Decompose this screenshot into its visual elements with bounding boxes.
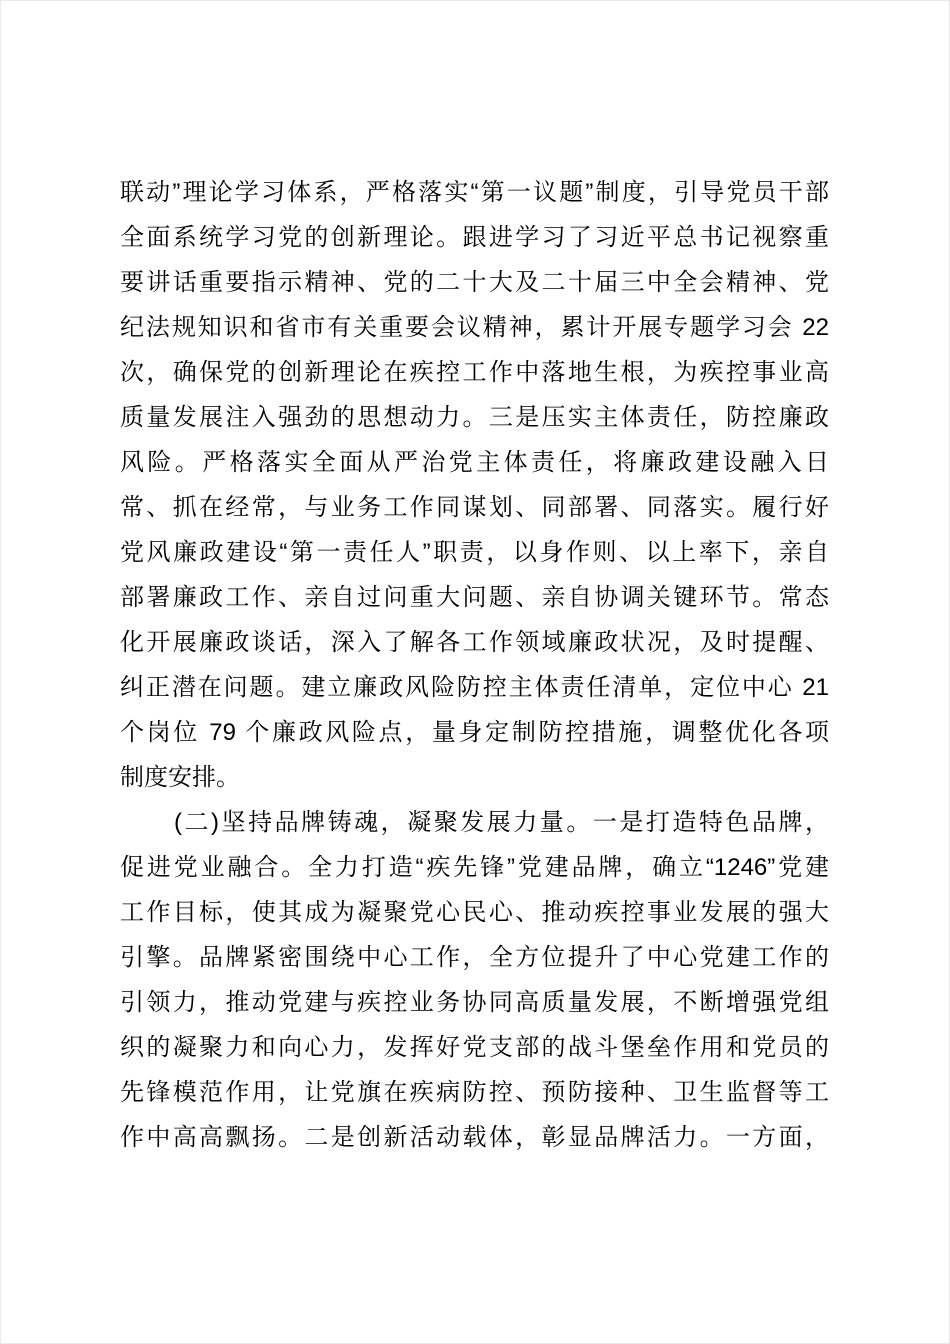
text-line: 常、抓在经常，与业务工作同谋划、同部署、同落实。履行好 <box>120 485 829 530</box>
text-line: 党风廉政建设“第一责任人”职责，以身作则、以上率下，亲自 <box>120 530 829 575</box>
text-line: 风险。严格落实全面从严治党主体责任，将廉政建设融入日 <box>120 440 829 485</box>
text-line: 织的凝聚力和向心力，发挥好党支部的战斗堡垒作用和党员的 <box>120 1025 829 1070</box>
text-line: 纠正潜在问题。建立廉政风险防控主体责任清单，定位中心 21 <box>120 665 829 710</box>
text-line: 个岗位 79 个廉政风险点，量身定制防控措施，调整优化各项 <box>120 710 829 755</box>
text-line: 化开展廉政谈话，深入了解各工作领域廉政状况，及时提醒、 <box>120 620 829 665</box>
text-line: 全面系统学习党的创新理论。跟进学习了习近平总书记视察重 <box>120 215 829 260</box>
text-line: 质量发展注入强劲的思想动力。三是压实主体责任，防控廉政 <box>120 395 829 440</box>
text-line: 部署廉政工作、亲自过问重大问题、亲自协调关键环节。常态 <box>120 575 829 620</box>
text-line: 引擎。品牌紧密围绕中心工作，全方位提升了中心党建工作的 <box>120 935 829 980</box>
text-line: 制度安排。 <box>120 755 829 800</box>
text-line: 联动”理论学习体系，严格落实“第一议题”制度，引导党员干部 <box>120 170 829 215</box>
text-line: 作中高高飘扬。二是创新活动载体，彰显品牌活力。一方面， <box>120 1115 829 1160</box>
text-line: 次，确保党的创新理论在疾控工作中落地生根，为疾控事业高 <box>120 350 829 395</box>
text-line: 引领力，推动党建与疾控业务协同高质量发展，不断增强党组 <box>120 980 829 1025</box>
paragraph-section-2: (二)坚持品牌铸魂，凝聚发展力量。一是打造特色品牌， 促进党业融合。全力打造“疾… <box>120 800 829 1160</box>
text-line: 工作目标，使其成为凝聚党心民心、推动疾控事业发展的强大 <box>120 890 829 935</box>
text-line: 促进党业融合。全力打造“疾先锋”党建品牌，确立“1246”党建 <box>120 845 829 890</box>
paragraph-continuation: 联动”理论学习体系，严格落实“第一议题”制度，引导党员干部 全面系统学习党的创新… <box>120 170 829 800</box>
document-page: 联动”理论学习体系，严格落实“第一议题”制度，引导党员干部 全面系统学习党的创新… <box>0 0 950 1344</box>
text-line: 要讲话重要指示精神、党的二十大及二十届三中全会精神、党 <box>120 260 829 305</box>
text-line: 先锋模范作用，让党旗在疾病防控、预防接种、卫生监督等工 <box>120 1070 829 1115</box>
text-line: 纪法规知识和省市有关重要会议精神，累计开展专题学习会 22 <box>120 305 829 350</box>
text-line: (二)坚持品牌铸魂，凝聚发展力量。一是打造特色品牌， <box>120 800 829 845</box>
